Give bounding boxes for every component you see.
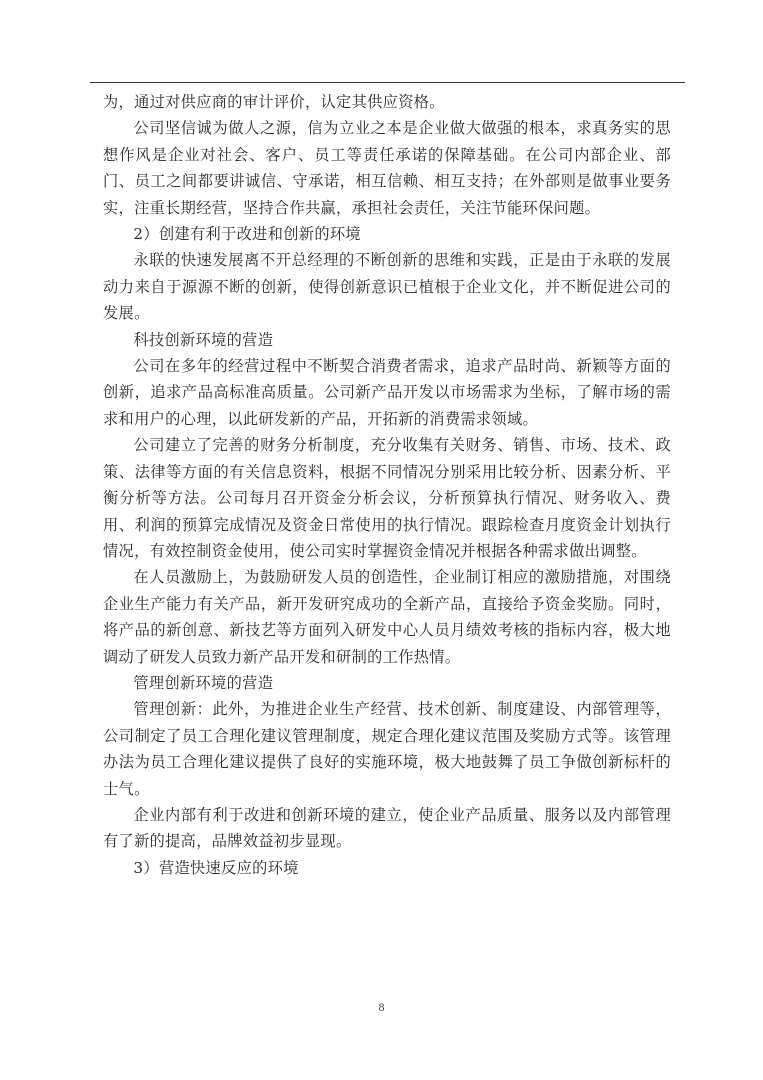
header-rule bbox=[90, 82, 685, 83]
paragraph-staff-incentives: 在人员激励上，为鼓励研发人员的创造性，企业制订相应的激励措施，对围绕企业生产能力… bbox=[103, 564, 671, 670]
section-heading-rapid-response: 3）营造快速反应的环境 bbox=[103, 855, 671, 881]
document-page: 为，通过对供应商的审计评价，认定其供应资格。 公司坚信诚为做人之源，信为立业之本… bbox=[0, 0, 763, 1080]
paragraph-financial-analysis: 公司建立了完善的财务分析制度，充分收集有关财务、销售、市场、技术、政策、法律等方… bbox=[103, 432, 671, 564]
paragraph-continuation: 为，通过对供应商的审计评价，认定其供应资格。 bbox=[103, 89, 671, 115]
body-text: 为，通过对供应商的审计评价，认定其供应资格。 公司坚信诚为做人之源，信为立业之本… bbox=[103, 89, 671, 881]
paragraph-management-innovation: 管理创新：此外，为推进企业生产经营、技术创新、制度建设、内部管理等，公司制定了员… bbox=[103, 696, 671, 802]
paragraph-consumer-demand: 公司在多年的经营过程中不断契合消费者需求，追求产品时尚、新颖等方面的创新，追求产… bbox=[103, 353, 671, 432]
paragraph-integrity: 公司坚信诚为做人之源，信为立业之本是企业做大做强的根本，求真务实的思想作风是企业… bbox=[103, 115, 671, 221]
section-heading-innovation-environment: 2）创建有利于改进和创新的环境 bbox=[103, 221, 671, 247]
paragraph-brand-effect: 企业内部有利于改进和创新环境的建立，使企业产品质量、服务以及内部管理有了新的提高… bbox=[103, 802, 671, 855]
paragraph-innovation-drive: 永联的快速发展离不开总经理的不断创新的思维和实践，正是由于永联的发展动力来自于源… bbox=[103, 247, 671, 326]
subheading-tech-innovation: 科技创新环境的营造 bbox=[103, 327, 671, 353]
subheading-management-innovation: 管理创新环境的营造 bbox=[103, 670, 671, 696]
page-number: 8 bbox=[0, 1000, 763, 1015]
